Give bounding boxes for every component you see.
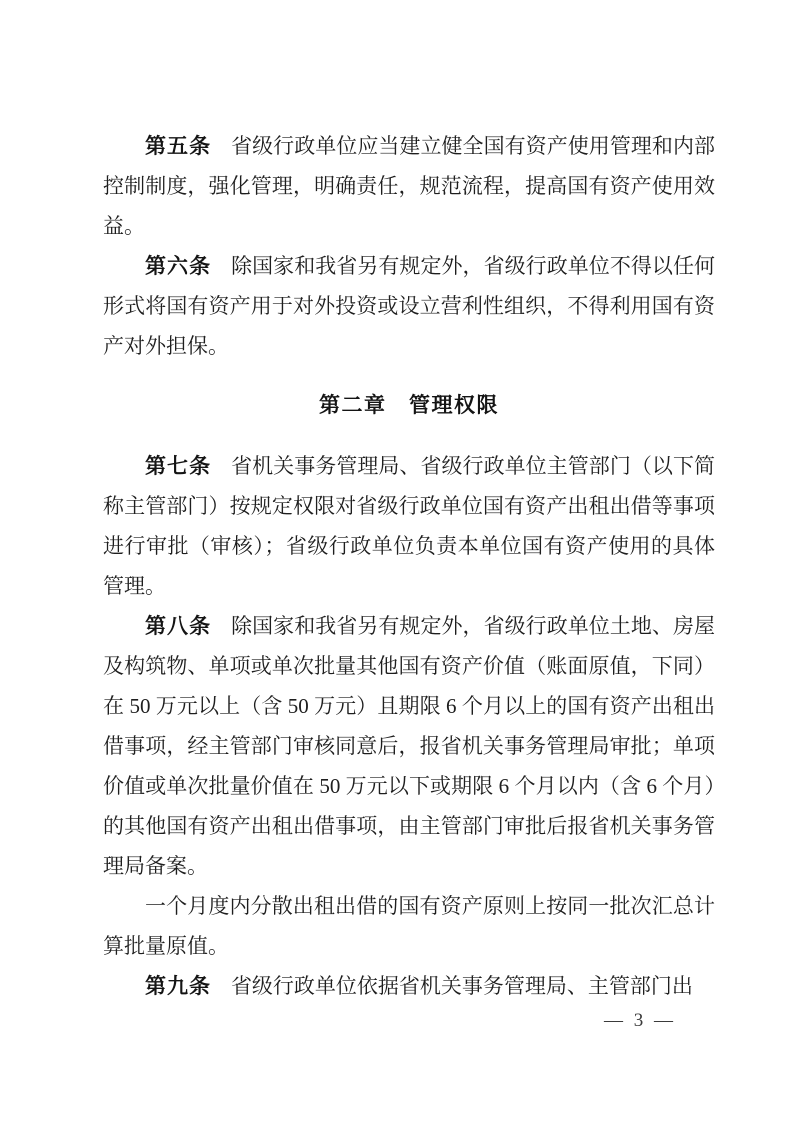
article-8-text: 除国家和我省另有规定外，省级行政单位土地、房屋及构筑物、单项或单次批量其他国有资… bbox=[103, 614, 715, 878]
document-page: 第五条省级行政单位应当建立健全国有资产使用管理和内部控制制度，强化管理，明确责任… bbox=[0, 0, 800, 1131]
article-6-paragraph: 第六条除国家和我省另有规定外，省级行政单位不得以任何形式将国有资产用于对外投资或… bbox=[103, 246, 715, 366]
article-9-text: 省级行政单位依据省机关事务管理局、主管部门出 bbox=[231, 974, 693, 998]
chapter-heading: 第二章 管理权限 bbox=[103, 385, 715, 425]
article-9-number: 第九条 bbox=[145, 974, 211, 998]
article-8-number: 第八条 bbox=[145, 614, 211, 638]
batch-value-text: 一个月度内分散出租出借的国有资产原则上按同一批次汇总计算批量原值。 bbox=[103, 894, 715, 958]
article-5-paragraph: 第五条省级行政单位应当建立健全国有资产使用管理和内部控制制度，强化管理，明确责任… bbox=[103, 126, 715, 246]
document-body: 第五条省级行政单位应当建立健全国有资产使用管理和内部控制制度，强化管理，明确责任… bbox=[103, 126, 715, 1006]
article-8-paragraph: 第八条除国家和我省另有规定外，省级行政单位土地、房屋及构筑物、单项或单次批量其他… bbox=[103, 606, 715, 886]
article-9-paragraph: 第九条省级行政单位依据省机关事务管理局、主管部门出 bbox=[103, 966, 715, 1006]
article-7-paragraph: 第七条省机关事务管理局、省级行政单位主管部门（以下简称主管部门）按规定权限对省级… bbox=[103, 446, 715, 606]
batch-value-paragraph: 一个月度内分散出租出借的国有资产原则上按同一批次汇总计算批量原值。 bbox=[103, 886, 715, 966]
article-7-number: 第七条 bbox=[145, 454, 211, 478]
article-6-number: 第六条 bbox=[145, 254, 211, 278]
page-number: — 3 — bbox=[592, 1008, 688, 1034]
article-5-number: 第五条 bbox=[145, 134, 211, 158]
